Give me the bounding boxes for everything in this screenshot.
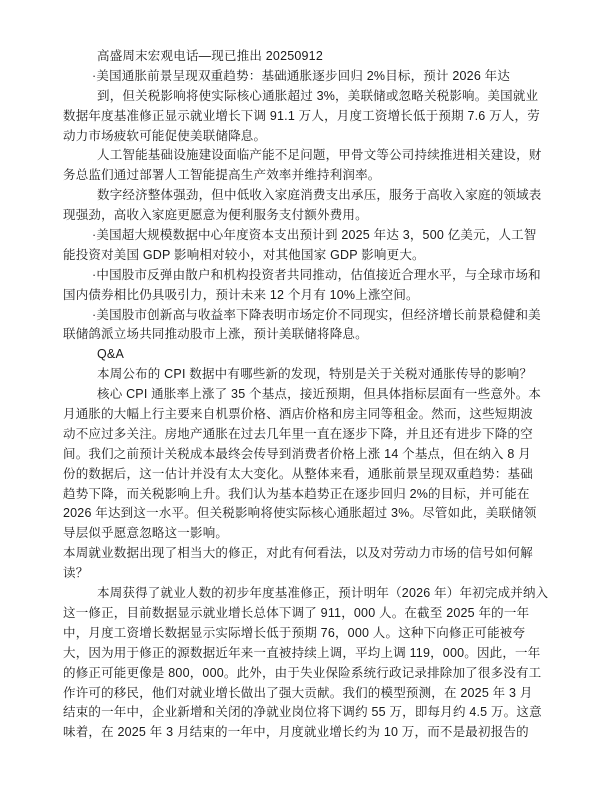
text-line: 作许可的移民，他们对就业增长做出了强大贡献。我们的模型预测，在 2025 年 3… [63,684,547,704]
text-line: 数据年度基准修正显示就业增长下调 91.1 万人，月度工资增长低于预期 7.6 … [63,107,547,127]
text-line: ·美国通胀前景呈现双重趋势：基础通胀逐步回归 2%目标，预计 2026 年达 [63,67,547,87]
text-line: 的修正可能更像是 800，000。此外，由于失业保险系统行政记录排除加了很多没有… [63,664,547,684]
text-line: 动不应过多关注。房地产通胀在过去几年里一直在逐步下降，并且还有进步下降的空 [63,425,547,445]
text-line: 趋势下降，而关税影响上升。我们认为基本趋势正在逐步回归 2%的目标，并可能在 [63,485,547,505]
document-lines: 高盛周末宏观电话—现已推出 20250912·美国通胀前景呈现双重趋势：基础通胀… [63,47,547,743]
text-line: 联储鸽派立场共同推动股市上涨，预计美联储将降息。 [63,325,547,345]
text-line: 导层似乎愿意忽略这一影响。 [63,524,547,544]
text-line: 数字经济整体强劲，但中低收入家庭消费支出承压，服务于高收入家庭的领域表 [63,186,547,206]
text-line: 人工智能基础设施建设面临产能不足问题，甲骨文等公司持续推进相关建设，财 [63,146,547,166]
qa-question: 本周公布的 CPI 数据中有哪些新的发现，特别是关于关税对通胀传导的影响？ [63,365,547,385]
text-line: 到，但关税影响将使实际核心通胀超过 3%，美联储或忽略关税影响。美国就业 [63,87,547,107]
text-line: 现强劲，高收入家庭更愿意为便利服务支付额外费用。 [63,206,547,226]
text-line: 2026 年达到这一水平。但关税影响将使实际核心通胀超过 3%。尽管如此，美联储… [63,504,547,524]
text-line: 味着，在 2025 年 3 月结束的一年中，月度就业增长约为 10 万，而不是最… [63,723,547,743]
text-line: 大，因为用于修正的源数据近年来一直被持续上调，平均上调 119，000。因此，一… [63,644,547,664]
document-title: 高盛周末宏观电话—现已推出 20250912 [63,47,547,67]
text-line: ·中国股市反弹由散户和机构投资者共同推动，估值接近合理水平，与全球市场和 [63,266,547,286]
text-line: 务总监们通过部署人工智能提高生产效率并维持利润率。 [63,166,547,186]
text-line: 份的数据后，这一估计并没有太大变化。从整体来看，通胀前景呈现双重趋势：基础 [63,465,547,485]
text-line: ·美国超大规模数据中心年度资本支出预计到 2025 年达 3，500 亿美元，人… [63,226,547,246]
text-line: ·美国股市创新高与收益率下降表明市场定价不同现实，但经济增长前景稳健和美 [63,306,547,326]
text-line: 能投资对美国 GDP 影响相对较小，对其他国家 GDP 影响更大。 [63,246,547,266]
text-line: 本周获得了就业人数的初步年度基准修正，预计明年（2026 年）年初完成并纳入 [63,584,547,604]
text-line: 国内债券相比仍具吸引力，预计未来 12 个月有 10%上涨空间。 [63,286,547,306]
text-line: 这一修正，目前数据显示就业增长总体下调了 911，000 人。在截至 2025 … [63,604,547,624]
text-line: 间。我们之前预计关税成本最终会传导到消费者价格上涨 14 个基点，但在纳入 8 … [63,445,547,465]
qa-question: 本周就业数据出现了相当大的修正，对此有何看法，以及对劳动力市场的信号如何解 [63,544,547,564]
text-line: 中，月度工资增长数据显示实际增长低于预期 76，000 人。这种下向修正可能被夸 [63,624,547,644]
text-line: 核心 CPI 通胀率上涨了 35 个基点，接近预期，但具体指标层面有一些意外。本 [63,385,547,405]
text-line: 读？ [63,564,547,584]
qa-section-heading: Q&A [63,345,547,365]
text-line: 月通胀的大幅上行主要来自机票价格、酒店价格和房主同等租金。然而，这些短期波 [63,405,547,425]
text-line: 动力市场疲软可能促使美联储降息。 [63,127,547,147]
text-line: 结束的一年中，企业新增和关闭的净就业岗位将下调约 55 万，即每月约 4.5 万… [63,703,547,723]
document-page: 高盛周末宏观电话—现已推出 20250912·美国通胀前景呈现双重趋势：基础通胀… [63,47,547,743]
